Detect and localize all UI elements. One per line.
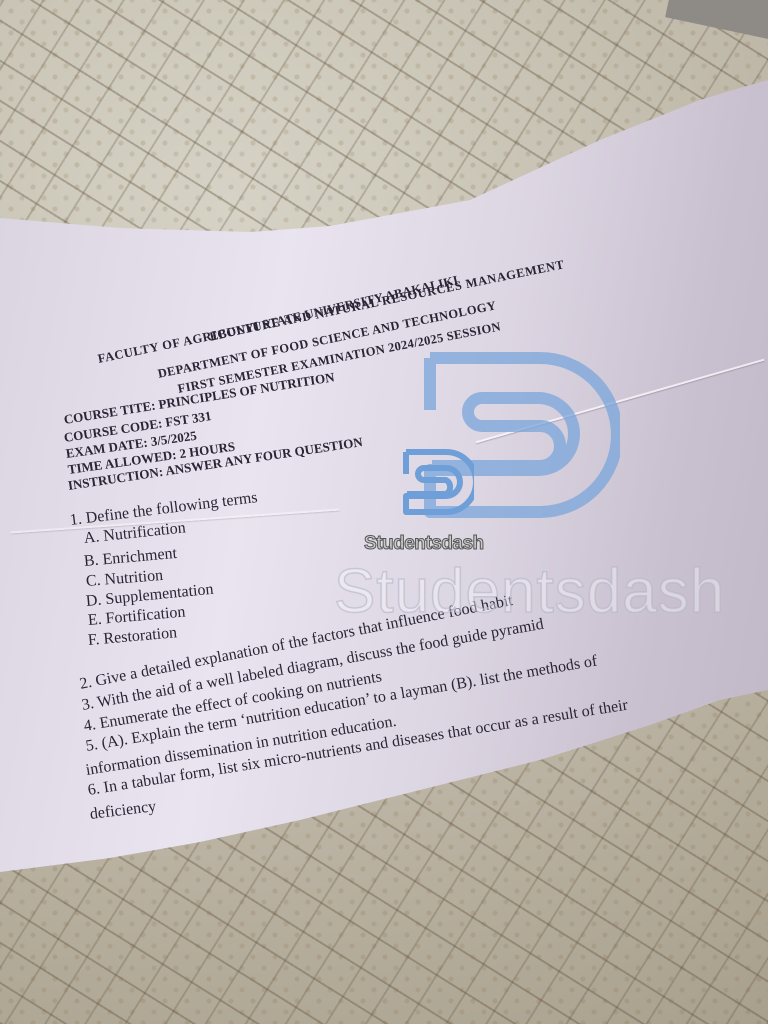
- question-6-line-2: deficiency: [89, 798, 157, 824]
- watermark-brand-large: Studentsdash: [334, 556, 725, 627]
- watermark-brand-small: Studentsdash: [364, 533, 484, 555]
- exam-document: EBONYI STATE UNIVERSITY ABAKALIKI FACULT…: [0, 0, 768, 1024]
- q1-item-b: B. Enrichment: [83, 545, 178, 571]
- sd-logo-small-icon: [402, 448, 474, 516]
